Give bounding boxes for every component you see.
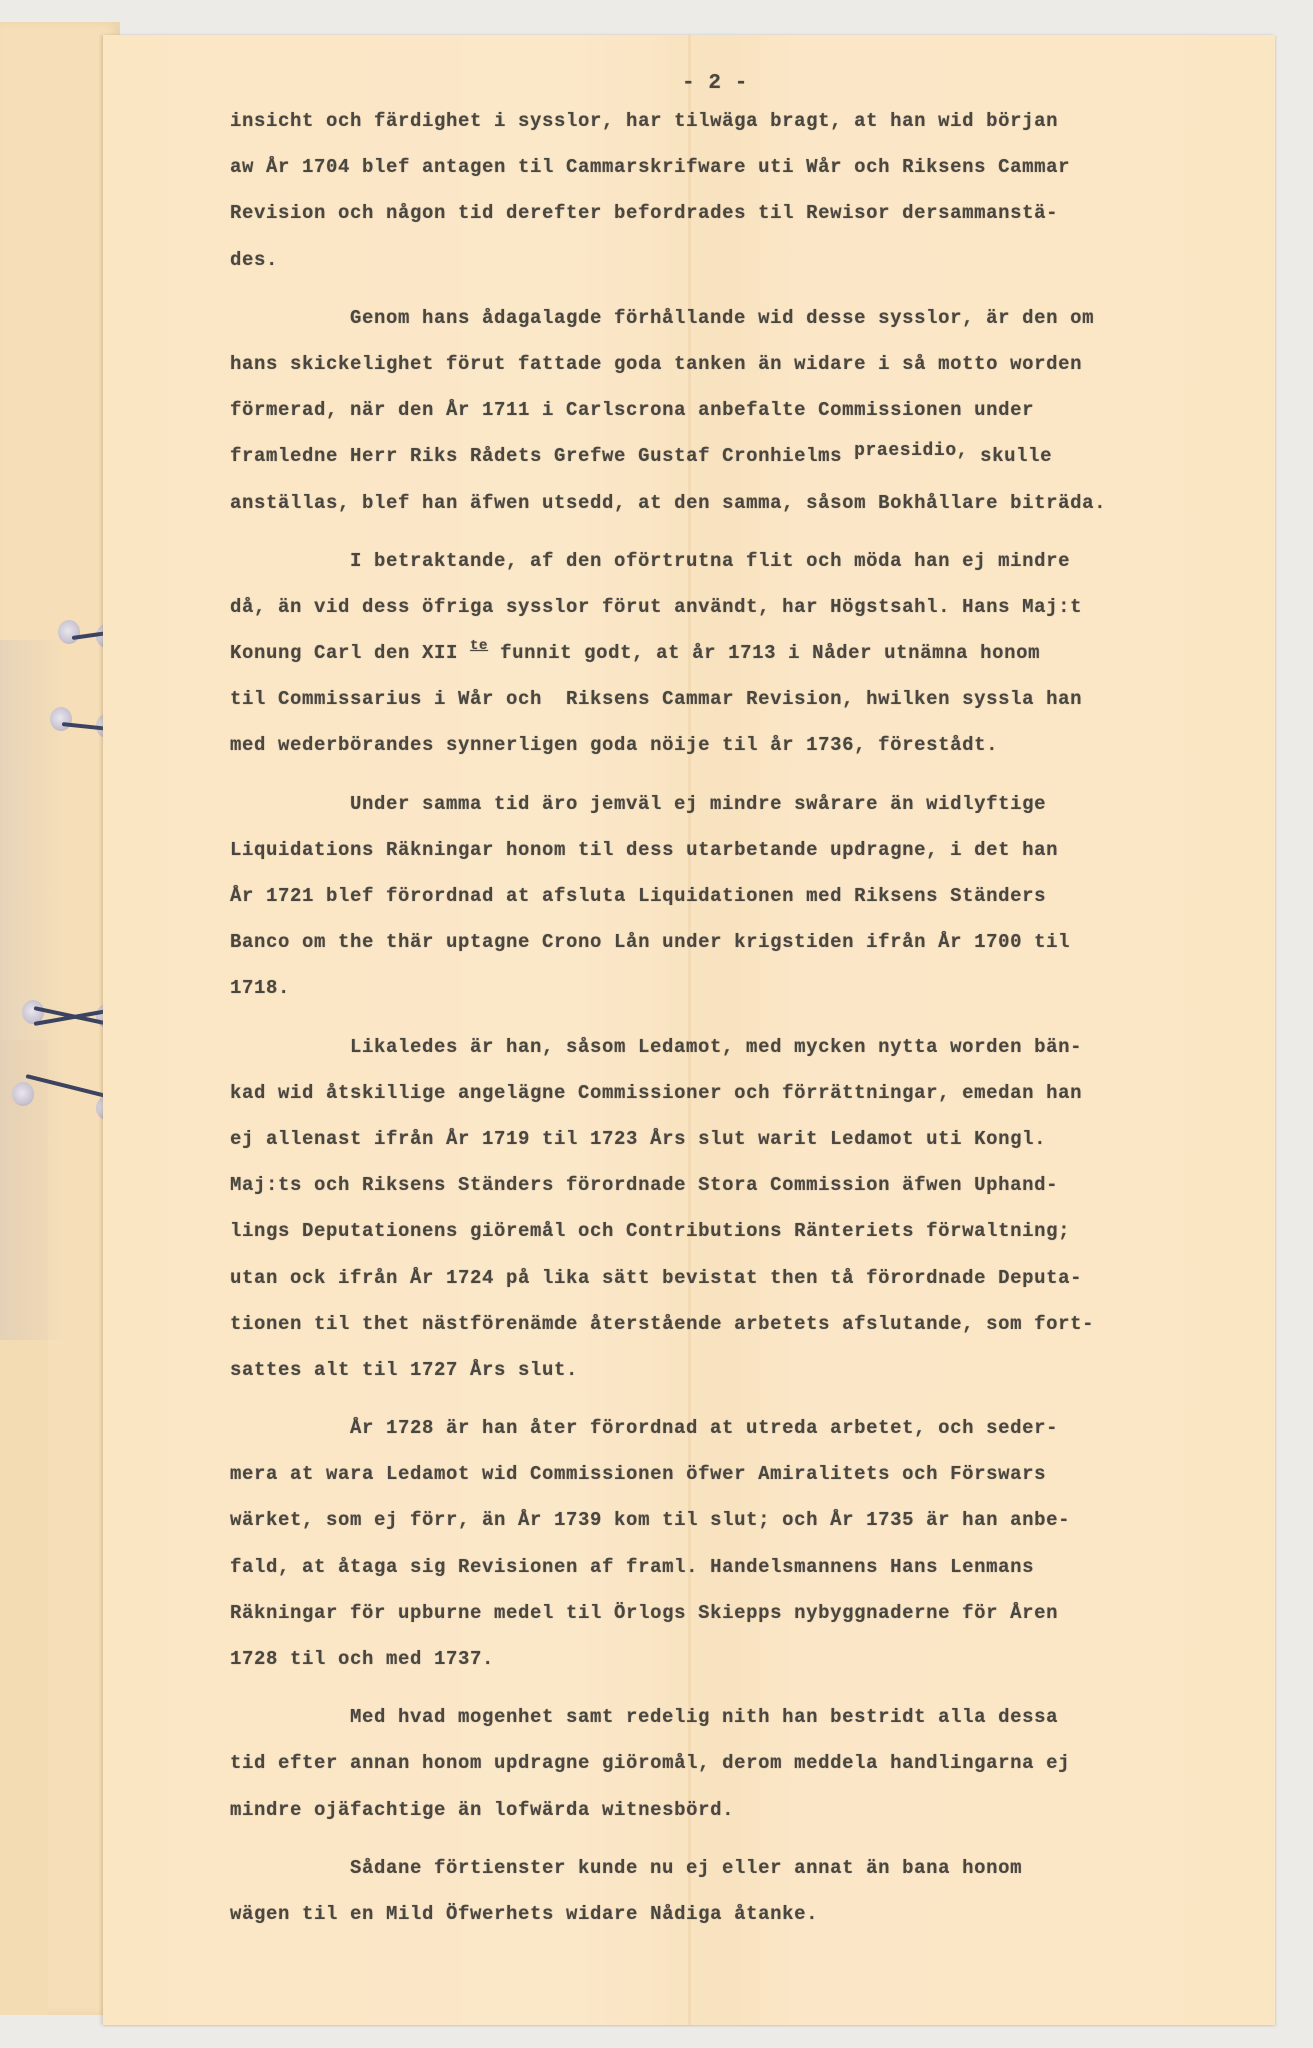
text-line: med wederbörandes synnerligen goda nöije… [230,722,1240,768]
superscript-text: te [470,638,488,654]
line-text: anställas, blef han äfwen utsedd, at den… [230,492,1106,514]
line-text: fald, at åtaga sig Revisionen af framl. … [230,1556,1034,1578]
line-text: med wederbörandes synnerligen goda nöije… [230,734,998,756]
paragraph-first-line: I betraktande, af den oförtrutna flit oc… [230,538,1240,584]
paragraph-first-line: Under samma tid äro jemväl ej mindre swå… [230,781,1240,827]
line-text: då, än vid dess öfriga sysslor förut anv… [230,596,1082,618]
line-text: År 1721 blef förordnad at afsluta Liquid… [230,885,1046,907]
text-line: wägen til en Mild Öfwerhets widare Nådig… [230,1891,1240,1937]
text-line: Konung Carl den XII te funnit godt, at å… [230,630,1240,676]
text-line: Liquidations Räkningar honom til dess ut… [230,827,1240,873]
text-line: framledne Herr Riks Rådets Grefwe Gustaf… [230,433,1240,479]
text-lines: insicht och färdighet i sysslor, har til… [230,98,1240,1937]
line-text: insicht och färdighet i sysslor, har til… [230,110,1058,132]
paragraph-gap [230,1012,1240,1024]
text-line: kad wid åtskillige angelägne Commissione… [230,1070,1240,1116]
text-line: sattes alt til 1727 Års slut. [230,1347,1240,1393]
text-line: mindre ojäfachtige än lofwärda witnesbör… [230,1787,1240,1833]
line-text-tail: funnit godt, at år 1713 i Nåder utnämna … [488,642,1040,664]
paragraph-first-line: Sådane förtienster kunde nu ej eller ann… [230,1845,1240,1891]
typewritten-text: - 2 - insicht och färdighet i sysslor, h… [230,70,1240,1937]
text-line: då, än vid dess öfriga sysslor förut anv… [230,584,1240,630]
text-line: fald, at åtaga sig Revisionen af framl. … [230,1544,1240,1590]
paragraph-first-line: År 1728 är han åter förordnad at utreda … [230,1405,1240,1451]
text-line: förmerad, när den År 1711 i Carlscrona a… [230,387,1240,433]
raised-text: praesidio, [854,441,968,461]
paragraph-gap [230,526,1240,538]
line-text: mera at wara Ledamot wid Commissionen öf… [230,1463,1046,1485]
line-text: Likaledes är han, såsom Ledamot, med myc… [350,1036,1082,1058]
line-text: lings Deputationens giöremål och Contrib… [230,1220,1070,1242]
line-text: aw År 1704 blef antagen til Cammarskrifw… [230,156,1070,178]
text-line: Banco om the thär uptagne Crono Lån unde… [230,919,1240,965]
line-text: ej allenast ifrån År 1719 til 1723 Års s… [230,1128,1046,1150]
line-text: hans skickelighet förut fattade goda tan… [230,353,1082,375]
line-text: wägen til en Mild Öfwerhets widare Nådig… [230,1903,818,1925]
line-text: utan ock ifrån År 1724 på lika sätt bevi… [230,1267,1082,1289]
line-text: År 1728 är han åter förordnad at utreda … [350,1417,1058,1439]
text-line: til Commissarius i Wår och Riksens Camma… [230,676,1240,722]
paragraph-gap [230,769,1240,781]
line-text-tail: skulle [968,445,1052,467]
page-number: - 2 - [190,70,1240,98]
text-line: aw År 1704 blef antagen til Cammarskrifw… [230,144,1240,190]
line-text: Liquidations Räkningar honom til dess ut… [230,839,1058,861]
line-text: des. [230,249,278,271]
text-line: 1718. [230,965,1240,1011]
text-line: anställas, blef han äfwen utsedd, at den… [230,480,1240,526]
line-text: I betraktande, af den oförtrutna flit oc… [350,550,1070,572]
paragraph-gap [230,1393,1240,1405]
paragraph-first-line: Med hvad mogenhet samt redelig nith han … [230,1694,1240,1740]
paragraph-first-line: Likaledes är han, såsom Ledamot, med myc… [230,1024,1240,1070]
scanned-document-scene: - 2 - insicht och färdighet i sysslor, h… [0,0,1313,2048]
text-line: utan ock ifrån År 1724 på lika sätt bevi… [230,1255,1240,1301]
shadow-smudge [0,640,70,1340]
line-text: tionen til thet nästförenämde återståend… [230,1313,1094,1335]
line-text: til Commissarius i Wår och Riksens Camma… [230,688,1082,710]
text-line: År 1721 blef förordnad at afsluta Liquid… [230,873,1240,919]
text-line: des. [230,237,1240,283]
text-line: Maj:ts och Riksens Ständers förordnade S… [230,1162,1240,1208]
line-text: Konung Carl den XII [230,642,470,664]
text-line: Revision och någon tid derefter befordra… [230,190,1240,236]
line-text: Maj:ts och Riksens Ständers förordnade S… [230,1174,1058,1196]
line-text: Sådane förtienster kunde nu ej eller ann… [350,1857,1022,1879]
line-text: Genom hans ådagalagde förhållande wid de… [350,307,1094,329]
line-text: Med hvad mogenhet samt redelig nith han … [350,1706,1058,1728]
text-line: hans skickelighet förut fattade goda tan… [230,341,1240,387]
paragraph-gap [230,1833,1240,1845]
hole-icon [12,1082,34,1106]
line-text: Banco om the thär uptagne Crono Lån unde… [230,931,1070,953]
text-line: tid efter annan honom updragne giöromål,… [230,1740,1240,1786]
text-line: insicht och färdighet i sysslor, har til… [230,98,1240,144]
text-line: Räkningar för upburne medel til Örlogs S… [230,1590,1240,1636]
line-text: mindre ojäfachtige än lofwärda witnesbör… [230,1799,734,1821]
text-line: lings Deputationens giöremål och Contrib… [230,1208,1240,1254]
paragraph-first-line: Genom hans ådagalagde förhållande wid de… [230,295,1240,341]
line-text: tid efter annan honom updragne giöromål,… [230,1752,1070,1774]
hole-icon [58,620,80,644]
hole-icon [50,707,72,731]
paragraph-gap [230,1682,1240,1694]
line-text: förmerad, när den År 1711 i Carlscrona a… [230,399,1034,421]
line-text: 1718. [230,977,290,999]
line-text: 1728 til och med 1737. [230,1648,494,1670]
line-text: framledne Herr Riks Rådets Grefwe Gustaf… [230,445,854,467]
line-text: wärket, som ej förr, än År 1739 kom til … [230,1509,1070,1531]
text-line: mera at wara Ledamot wid Commissionen öf… [230,1451,1240,1497]
line-text: Räkningar för upburne medel til Örlogs S… [230,1602,1058,1624]
line-text: Revision och någon tid derefter befordra… [230,202,1058,224]
text-line: wärket, som ej förr, än År 1739 kom til … [230,1497,1240,1543]
text-line: 1728 til och med 1737. [230,1636,1240,1682]
line-text: Under samma tid äro jemväl ej mindre swå… [350,793,1046,815]
text-line: tionen til thet nästförenämde återståend… [230,1301,1240,1347]
line-text: kad wid åtskillige angelägne Commissione… [230,1082,1082,1104]
line-text: sattes alt til 1727 Års slut. [230,1359,578,1381]
text-line: ej allenast ifrån År 1719 til 1723 Års s… [230,1116,1240,1162]
paragraph-gap [230,283,1240,295]
